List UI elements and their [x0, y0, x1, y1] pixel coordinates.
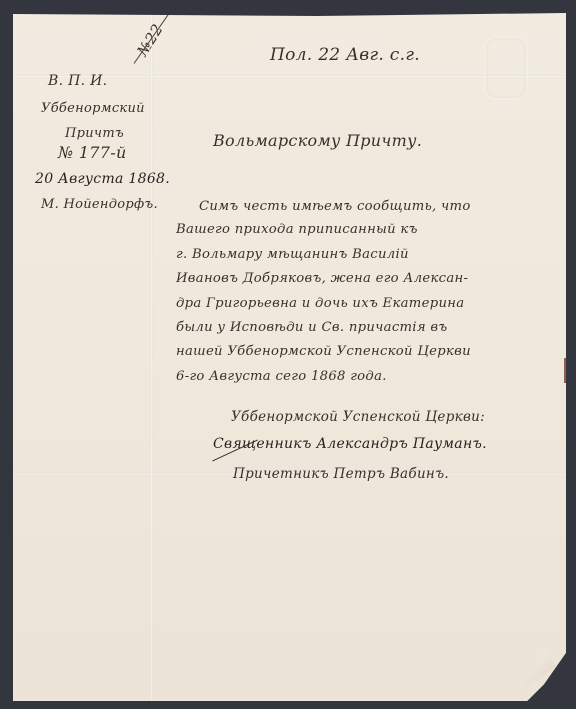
margin-line: № 177-й: [58, 143, 127, 162]
body-line: были у Исповѣди и Св. причастiя въ: [176, 320, 447, 335]
margin-line: Причтъ: [65, 126, 124, 141]
signature-priest: Священникъ Александръ Пауманъ.: [213, 436, 487, 452]
margin-line: 20 Августа 1868.: [35, 171, 170, 187]
body-line: Ивановъ Добряковъ, жена его Алексан-: [176, 271, 468, 286]
folded-corner: [522, 649, 556, 689]
vertical-fold-crease: [150, 13, 153, 701]
signature-sexton: Причетникъ Петръ Вабинъ.: [233, 466, 449, 482]
margin-line: В. П. И.: [48, 73, 107, 89]
signature-church: Уббенормской Успенской Церкви:: [231, 409, 485, 425]
embossed-stamp-mark: [486, 38, 526, 98]
addressee: Вольмарскому Причту.: [213, 131, 422, 150]
letter-paper: №22 Пол. 22 Авг. с.г. В. П. И. Уббенормс…: [13, 13, 566, 701]
margin-line: Уббенормский: [41, 101, 145, 116]
received-date-note: Пол. 22 Авг. с.г.: [270, 45, 420, 65]
wax-seal-edge: [564, 358, 568, 383]
margin-line: М. Нойендорфъ.: [41, 197, 158, 212]
body-line: 6-го Августа сего 1868 года.: [176, 369, 387, 384]
body-line: дра Григорьевна и дочь ихъ Екатерина: [176, 296, 464, 311]
body-line: Вашего прихода приписанный къ: [176, 222, 418, 237]
body-line: нашей Уббенормской Успенской Церкви: [176, 344, 471, 359]
body-line: Симъ честь имѣемъ сообщить, что: [199, 199, 471, 214]
body-line: г. Вольмару мѣщанинъ Василiй: [176, 247, 409, 262]
